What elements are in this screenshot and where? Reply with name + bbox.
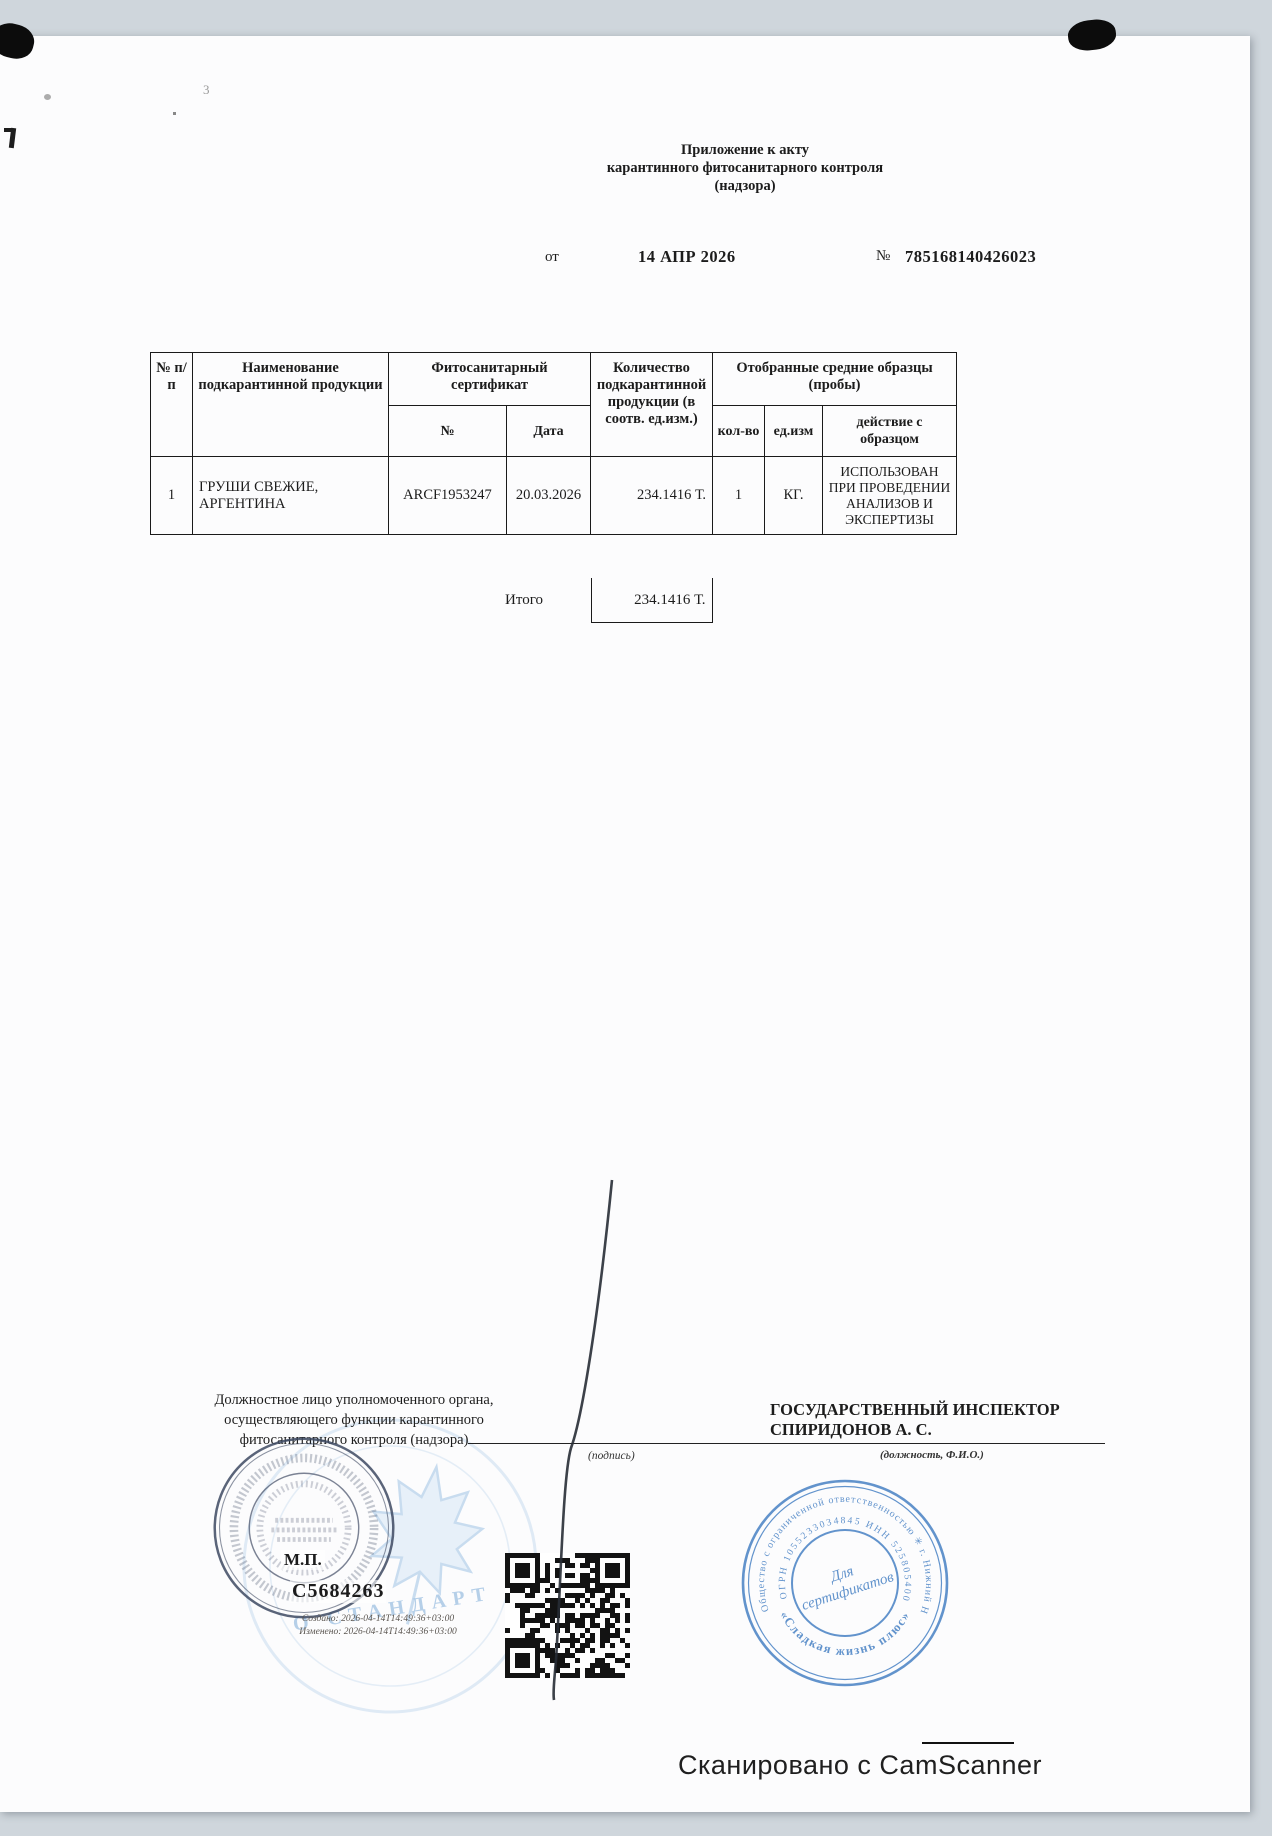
total-value: 234.1416 Т. [591, 578, 713, 623]
scan-dot [173, 112, 176, 115]
col-header-product: Наименование подкарантинной продукции [193, 353, 389, 457]
scan-line-artifact [922, 1742, 1014, 1744]
stamp-meta: Создано: 2026-04-14T14:49:36+03:00 Измен… [238, 1613, 518, 1639]
col-header-sample-unit: ед.изм [765, 406, 823, 457]
cell-quantity: 234.1416 Т. [591, 457, 713, 535]
doc-title-line3: (надзора) [545, 177, 945, 195]
scan-background: 3 Приложение к акту карантинного фитосан… [0, 0, 1272, 1836]
scan-speck [44, 94, 51, 100]
inspector-name: СПИРИДОНОВ А. С. [770, 1420, 1130, 1440]
total-label: Итого [468, 592, 580, 609]
doc-title: Приложение к акту карантинного фитосанит… [545, 141, 945, 195]
inspector-title: ГОСУДАРСТВЕННЫЙ ИНСПЕКТОР [770, 1400, 1130, 1420]
stamp-number: С5684263 [290, 1580, 386, 1603]
cell-cert-date: 20.03.2026 [507, 457, 591, 535]
blue-stamp-name-text: «Сладкая жизнь плюс» [777, 1609, 912, 1658]
pencil-mark: 3 [203, 82, 210, 98]
svg-text:«Сладкая жизнь плюс»: «Сладкая жизнь плюс» [777, 1609, 912, 1658]
number-value: 785168140426023 [905, 247, 1036, 267]
col-header-sample-action: действие с образцом [823, 406, 957, 457]
stamp-place-label: М.П. [281, 1550, 325, 1570]
col-header-cert-num: № [389, 406, 507, 457]
col-header-quantity: Количество подкарантинной продукции (в с… [591, 353, 713, 457]
col-header-sample-qty: кол-во [713, 406, 765, 457]
inspector-block: ГОСУДАРСТВЕННЫЙ ИНСПЕКТОР СПИРИДОНОВ А. … [770, 1400, 1130, 1440]
number-label: № [876, 248, 890, 265]
official-label-line1: Должностное лицо уполномоченного органа, [158, 1390, 550, 1410]
cell-cert-num: ARCF1953247 [389, 457, 507, 535]
cell-sample-unit: КГ. [765, 457, 823, 535]
date-label: от [545, 249, 559, 266]
cell-sample-action: ИСПОЛЬЗОВАН ПРИ ПРОВЕДЕНИИ АНАЛИЗОВ И ЭК… [823, 457, 957, 535]
date-value: 14 АПР 2026 [638, 247, 736, 267]
col-header-cert-date: Дата [507, 406, 591, 457]
doc-title-line2: карантинного фитосанитарного контроля [545, 159, 945, 177]
organization-blue-stamp: Общество с ограниченной ответственностью… [735, 1473, 955, 1693]
ink-mark-flag [4, 128, 13, 132]
cell-num: 1 [151, 457, 193, 535]
stamp-modified: Изменено: 2026-04-14T14:49:36+03:00 [238, 1626, 518, 1639]
col-header-certificate: Фитосанитарный сертификат [389, 353, 591, 406]
cell-product: ГРУШИ СВЕЖИЕ, АРГЕНТИНА [193, 457, 389, 535]
pen-signature [540, 1160, 660, 1720]
col-header-num: № п/п [151, 353, 193, 457]
doc-title-line1: Приложение к акту [545, 141, 945, 159]
position-caption: (должность, Ф.И.О.) [880, 1449, 984, 1461]
col-header-samples: Отобранные средние образцы (пробы) [713, 353, 957, 406]
camscanner-watermark: Сканировано с CamScanner [678, 1750, 1042, 1781]
products-table: № п/п Наименование подкарантинной продук… [150, 352, 957, 535]
official-label-line2: осуществляющего функции карантинного [158, 1410, 550, 1430]
stamp-created: Создано: 2026-04-14T14:49:36+03:00 [238, 1613, 518, 1626]
cell-sample-qty: 1 [713, 457, 765, 535]
table-row: 1 ГРУШИ СВЕЖИЕ, АРГЕНТИНА ARCF1953247 20… [151, 457, 957, 535]
